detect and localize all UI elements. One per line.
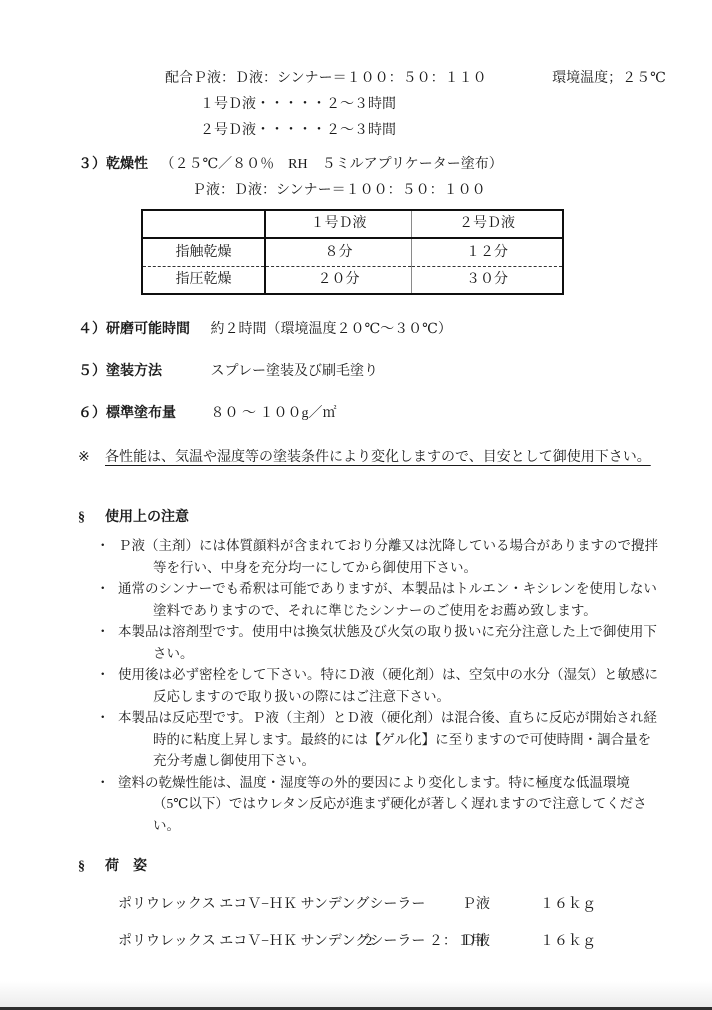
environment-temp-text: 環境温度；２５℃ xyxy=(552,71,666,86)
bullet-icon: ・ xyxy=(96,621,110,643)
list-item: ・使用後は必ず密栓をして下さい。特にＤ液（硬化剤）は、空気中の水分（湿気）と敏感… xyxy=(118,664,663,707)
package-weight: １６ｋｇ xyxy=(540,929,596,955)
list-item: ・通常のシンナーでも希釈は可能でありますが、本製品はトルエン・キシレンを使用しな… xyxy=(118,578,663,621)
list-item-text: Ｐ液（主剤）には体質顔料が含まれており分離又は沈降している場合がありますので攪拌… xyxy=(118,538,658,575)
drying-condition-text: （２５℃／８０％ RH ５ミルアプリケーター塗布） xyxy=(161,157,503,172)
table-row: 指触乾燥 ８分 １２分 xyxy=(142,238,563,267)
table-header-d2: ２号Ｄ液 xyxy=(412,210,564,238)
section-sanding-time: ４）研磨可能時間 約２時間（環境温度２０℃～３０℃） xyxy=(78,317,712,343)
section-coverage-label: ６）標準塗布量 xyxy=(78,401,207,427)
disclaimer-note: ※各性能は、気温や湿度等の塗装条件により変化しますので、目安として御使用下さい。 xyxy=(78,445,712,471)
bullet-icon: ・ xyxy=(96,535,110,557)
table-cell: ８分 xyxy=(265,238,412,267)
list-item-text: 使用後は必ず密栓をして下さい。特にＤ液（硬化剤）は、空気中の水分（湿気）と敏感に… xyxy=(118,667,658,704)
mixing-ratio-text: 配合Ｐ液：Ｄ液：シンナー＝１００：５０：１１０ xyxy=(165,71,487,86)
table-header-empty xyxy=(142,210,265,238)
bullet-icon: ・ xyxy=(96,707,110,729)
bullet-icon: ・ xyxy=(96,578,110,600)
section-mark-icon: § xyxy=(78,854,105,880)
section-mark-icon: § xyxy=(78,505,105,531)
mixing-block: 配合Ｐ液：Ｄ液：シンナー＝１００：５０：１１０ 環境温度；２５℃ １号Ｄ液・・・… xyxy=(165,0,712,144)
usage-section-title-text: 使用上の注意 xyxy=(105,510,189,525)
section-drying: ３）乾燥性 （２５℃／８０％ RH ５ミルアプリケーター塗布） xyxy=(78,152,712,178)
reference-mark-icon: ※ xyxy=(78,445,105,471)
document-page: 配合Ｐ液：Ｄ液：シンナー＝１００：５０：１１０ 環境温度；２５℃ １号Ｄ液・・・… xyxy=(0,0,712,1010)
liquid-type: Ｐ液 xyxy=(462,892,540,918)
table-cell: ２０分 xyxy=(265,267,412,295)
table-header-d1: １号Ｄ液 xyxy=(265,210,412,238)
table-cell: １２分 xyxy=(412,238,564,267)
packaging-section-title-text: 荷 姿 xyxy=(105,859,147,874)
drying-table-header-row: １号Ｄ液 ２号Ｄ液 xyxy=(142,210,563,238)
list-item: ・本製品は溶剤型です。使用中は換気状態及び火気の取り扱いに充分注意した上で御使用… xyxy=(118,621,663,664)
pot-life-line-2: ２号Ｄ液・・・・・２～３時間 xyxy=(200,118,712,144)
product-name: ポリウレックス エコＶ−ＨＫ サンデングシーラー xyxy=(118,892,462,918)
table-cell: ３０分 xyxy=(412,267,564,295)
table-row: 指圧乾燥 ２０分 ３０分 xyxy=(142,267,563,295)
packaging-row: ポリウレックス エコＶ−ＨＫ サンデングシーラー Ｐ液 １６ｋｇ xyxy=(118,892,712,918)
package-weight: １６ｋｇ xyxy=(540,892,596,918)
section-coverage-value: ８０ ～ １００g／㎡ xyxy=(211,406,337,421)
usage-section-title: §使用上の注意 xyxy=(78,505,712,531)
section-sanding-time-value: 約２時間（環境温度２０℃～３０℃） xyxy=(211,322,452,337)
section-drying-label: ３）乾燥性 xyxy=(78,152,157,178)
list-item-text: 本製品は反応型です。Ｐ液（主剤）とＤ液（硬化剤）は混合後、直ちに反応が開始され経… xyxy=(118,710,657,768)
table-row-label: 指圧乾燥 xyxy=(142,267,265,295)
pot-life-line-1: １号Ｄ液・・・・・２～３時間 xyxy=(200,92,712,118)
list-item: ・塗料の乾燥性能は、温度・湿度等の外的要因により変化します。特に極度な低温環境（… xyxy=(118,772,663,837)
list-item-text: 塗料の乾燥性能は、温度・湿度等の外的要因により変化します。特に極度な低温環境（5… xyxy=(118,775,647,833)
packaging-section-title: §荷 姿 xyxy=(78,854,712,880)
disclaimer-note-text: 各性能は、気温や湿度等の塗装条件により変化しますので、目安として御使用下さい。 xyxy=(105,450,651,465)
section-coverage: ６）標準塗布量 ８０ ～ １００g／㎡ xyxy=(78,401,712,427)
drying-table: １号Ｄ液 ２号Ｄ液 指触乾燥 ８分 １２分 指圧乾燥 ２０分 ３０分 xyxy=(141,209,564,295)
liquid-type: Ｄ液 xyxy=(462,929,540,955)
page-number: 2 xyxy=(366,928,373,954)
product-name: ポリウレックス エコＶ−ＨＫ サンデングシーラー ２：１用 xyxy=(118,929,462,955)
bullet-icon: ・ xyxy=(96,664,110,686)
usage-notes-list: ・Ｐ液（主剤）には体質顔料が含まれており分離又は沈降している場合がありますので攪… xyxy=(0,535,712,836)
table-row-label: 指触乾燥 xyxy=(142,238,265,267)
list-item: ・Ｐ液（主剤）には体質顔料が含まれており分離又は沈降している場合がありますので攪… xyxy=(118,535,663,578)
packaging-row: ポリウレックス エコＶ−ＨＫ サンデングシーラー ２：１用 Ｄ液 １６ｋｇ xyxy=(118,929,712,955)
page-bottom-edge xyxy=(0,981,712,1010)
drying-mix-ratio: Ｐ液：Ｄ液：シンナー＝１００：５０：１００ xyxy=(192,178,712,204)
section-sanding-time-label: ４）研磨可能時間 xyxy=(78,317,207,343)
list-item-text: 通常のシンナーでも希釈は可能でありますが、本製品はトルエン・キシレンを使用しない… xyxy=(118,581,657,618)
bullet-icon: ・ xyxy=(96,772,110,794)
list-item-text: 本製品は溶剤型です。使用中は換気状態及び火気の取り扱いに充分注意した上で御使用下… xyxy=(118,624,657,661)
section-application-label: ５）塗装方法 xyxy=(78,359,207,385)
section-application-value: スプレー塗装及び刷毛塗り xyxy=(211,364,378,379)
section-application-method: ５）塗装方法 スプレー塗装及び刷毛塗り xyxy=(78,359,712,385)
list-item: ・本製品は反応型です。Ｐ液（主剤）とＤ液（硬化剤）は混合後、直ちに反応が開始され… xyxy=(118,707,663,772)
mixing-ratio-line: 配合Ｐ液：Ｄ液：シンナー＝１００：５０：１１０ 環境温度；２５℃ xyxy=(165,66,712,92)
